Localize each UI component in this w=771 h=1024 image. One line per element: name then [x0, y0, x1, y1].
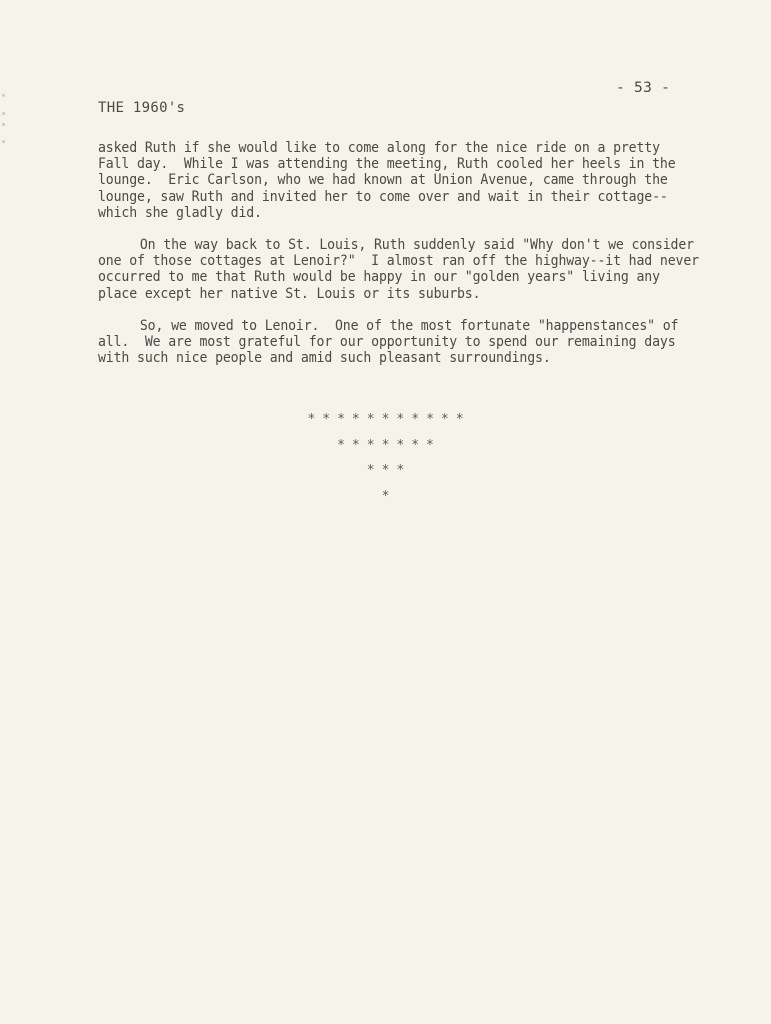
star-row: *** — [0, 463, 771, 489]
text-line: which she gladly did. — [98, 205, 703, 221]
star-row: * — [0, 489, 771, 515]
margin-mark — [2, 123, 5, 126]
paragraph: asked Ruth if she would like to come alo… — [98, 140, 703, 221]
margin-mark — [2, 140, 5, 143]
text-line: occurred to me that Ruth would be happy … — [98, 269, 703, 285]
text-line: On the way back to St. Louis, Ruth sudde… — [98, 237, 703, 253]
paragraph: On the way back to St. Louis, Ruth sudde… — [98, 237, 703, 302]
margin-mark — [2, 112, 5, 115]
star-ornament: ********************** — [0, 412, 771, 514]
margin-mark — [2, 94, 5, 97]
star-row: *********** — [0, 412, 771, 438]
text-line: place except her native St. Louis or its… — [98, 286, 703, 302]
body-text: asked Ruth if she would like to come alo… — [98, 140, 703, 382]
text-line: lounge, saw Ruth and invited her to come… — [98, 189, 703, 205]
text-line: asked Ruth if she would like to come alo… — [98, 140, 703, 156]
text-line: one of those cottages at Lenoir?" I almo… — [98, 253, 703, 269]
text-line: with such nice people and amid such plea… — [98, 350, 703, 366]
paragraph: So, we moved to Lenoir. One of the most … — [98, 318, 703, 367]
page-number: - 53 - — [616, 80, 670, 96]
running-head: THE 1960's — [98, 100, 185, 116]
text-line: lounge. Eric Carlson, who we had known a… — [98, 172, 703, 188]
text-line: all. We are most grateful for our opport… — [98, 334, 703, 350]
star-row: ******* — [0, 438, 771, 464]
text-line: So, we moved to Lenoir. One of the most … — [98, 318, 703, 334]
text-line: Fall day. While I was attending the meet… — [98, 156, 703, 172]
